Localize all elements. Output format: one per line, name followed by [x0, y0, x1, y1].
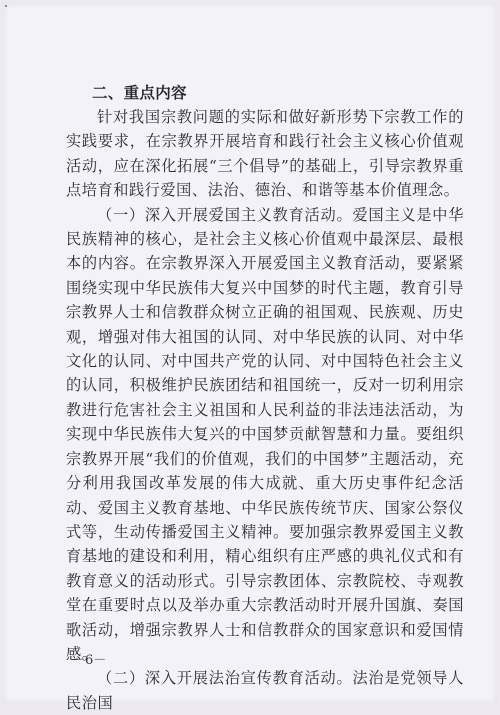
scan-artifact: [5, 5, 7, 7]
paragraph-lead: （二）深入开展法治宣传教育活动。: [97, 669, 352, 687]
paragraph-text: 针对我国宗教问题的实际和做好新形势下宗教工作的实践要求，在宗教界开展培育和践行社…: [66, 108, 464, 199]
paragraph-lead: （一）深入开展爱国主义教育活动。: [97, 206, 352, 224]
paragraph-intro: 针对我国宗教问题的实际和做好新形势下宗教工作的实践要求，在宗教界开展培育和践行社…: [66, 105, 464, 203]
paragraph-patriotism: （一）深入开展爱国主义教育活动。爱国主义是中华民族精神的核心，是社会主义核心价值…: [66, 203, 464, 667]
page-number: －6－: [72, 649, 106, 668]
paragraph-rule-of-law: （二）深入开展法治宣传教育活动。法治是党领导人民治国: [66, 666, 464, 707]
paragraph-text: 爱国主义是中华民族精神的核心，是社会主义核心价值观中最深层、最根本的内容。在宗教…: [66, 206, 464, 663]
document-body: 二、重点内容 针对我国宗教问题的实际和做好新形势下宗教工作的实践要求，在宗教界开…: [66, 81, 464, 707]
section-heading: 二、重点内容: [92, 81, 464, 105]
document-page: 二、重点内容 针对我国宗教问题的实际和做好新形势下宗教工作的实践要求，在宗教界开…: [3, 3, 497, 703]
